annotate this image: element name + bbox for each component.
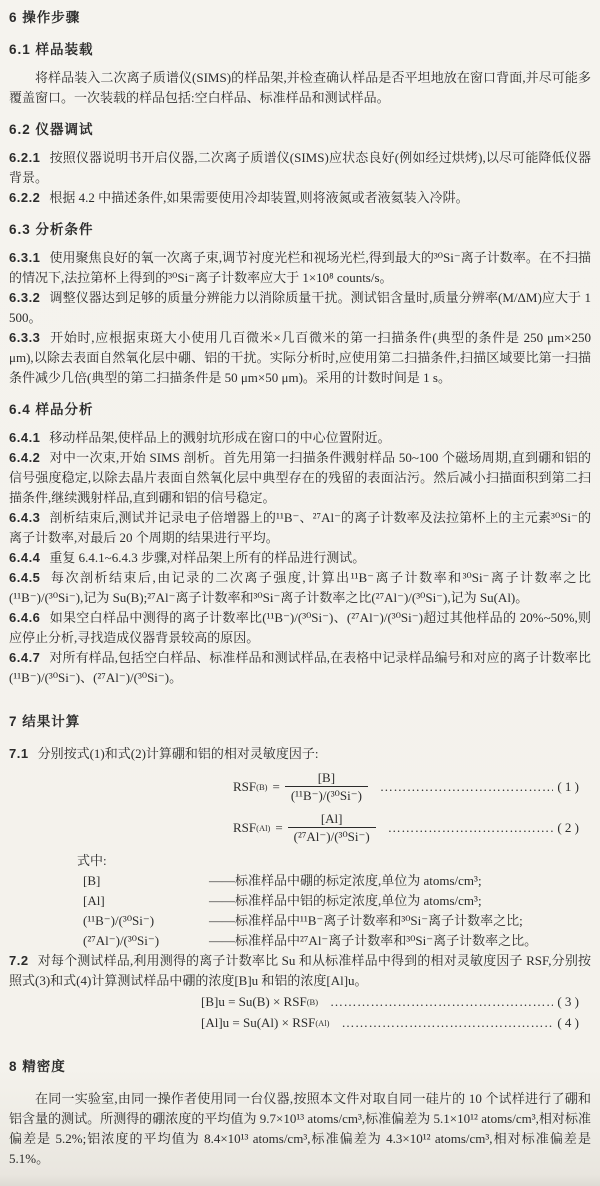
clause-6-3-3: 6.3.3开始时,应根据束斑大小使用几百微米×几百微米的第一扫描条件(典型的条件… (9, 328, 591, 388)
clause-6-4-6-text: 如果空白样品中测得的离子计数率比(¹¹B⁻)/(³⁰Si⁻)、(²⁷Al⁻)/(… (9, 610, 591, 645)
clause-6-2-1-number: 6.2.1 (9, 150, 40, 165)
fraction: [B] (¹¹B⁻)/(³⁰Si⁻) (285, 769, 368, 805)
clause-6-4-6: 6.4.6如果空白样品中测得的离子计数率比(¹¹B⁻)/(³⁰Si⁻)、(²⁷A… (9, 608, 591, 648)
clause-6-4-5: 6.4.5每次剖析结束后,由记录的二次离子强度,计算出¹¹B⁻离子计数率和³⁰S… (9, 568, 591, 608)
clause-6-2-1-text: 按照仪器说明书开启仪器,二次离子质谱仪(SIMS)应状态良好(例如经过烘烤),以… (9, 150, 591, 185)
equation-4-subscript: (Al) (315, 1013, 329, 1033)
definition-term: (¹¹B⁻)/(³⁰Si⁻) (83, 911, 209, 931)
where-label: 式中: (77, 851, 591, 871)
clause-7-1-number: 7.1 (9, 746, 29, 761)
clause-6-4-3-number: 6.4.3 (9, 510, 40, 525)
equation-2-lhs-subscript: (Al) (256, 818, 270, 838)
section-6-2-heading: 6.2 仪器调试 (9, 120, 591, 140)
clause-6-4-1-number: 6.4.1 (9, 430, 40, 445)
definition-term: [B] (83, 871, 209, 891)
equation-2-number: ( 2 ) (557, 818, 579, 838)
equation-1: RSF(B) = [B] (¹¹B⁻)/(³⁰Si⁻) ………………………………… (9, 769, 591, 805)
clause-6-4-4: 6.4.4重复 6.4.1~6.4.3 步骤,对样品架上所有的样品进行测试。 (9, 548, 591, 568)
section-7-heading: 7 结果计算 (9, 712, 591, 732)
clause-6-4-3: 6.4.3剖析结束后,测试并记录电子倍增器上的¹¹B⁻、²⁷Al⁻的离子计数率及… (9, 508, 591, 548)
clause-7-1-text: 分别按式(1)和式(2)计算硼和铝的相对灵敏度因子: (38, 746, 319, 761)
fraction-numerator: [B] (285, 769, 368, 786)
clause-6-4-7-number: 6.4.7 (9, 650, 40, 665)
clause-6-4-1-text: 移动样品架,使样品上的溅射坑形成在窗口的中心位置附近。 (49, 430, 390, 445)
equation-2-lhs: RSF (233, 818, 256, 838)
equation-4-expression: [Al]u = Su(Al) × RSF(Al) (201, 1013, 330, 1033)
equation-4-number: ( 4 ) (557, 1013, 579, 1033)
clause-6-2-1: 6.2.1按照仪器说明书开启仪器,二次离子质谱仪(SIMS)应状态良好(例如经过… (9, 148, 591, 188)
fraction-denominator: (¹¹B⁻)/(³⁰Si⁻) (285, 786, 368, 805)
section-6-1-heading: 6.1 样品装载 (9, 40, 591, 60)
clause-6-2-2: 6.2.2根据 4.2 中描述条件,如果需要使用冷却装置,则将液氮或者液氦装入冷… (9, 188, 591, 208)
clause-6-4-7-text: 对所有样品,包括空白样品、标准样品和测试样品,在表格中记录样品编号和对应的离子计… (9, 650, 591, 685)
dotted-leader: …………………………………………………………………… (380, 777, 553, 797)
definition-row: (¹¹B⁻)/(³⁰Si⁻) ——标准样品中¹¹B⁻离子计数率和³⁰Si⁻离子计… (83, 911, 591, 931)
definition-row: [Al] ——标准样品中铝的标定浓度,单位为 atoms/cm³; (83, 891, 591, 911)
definition-text: ——标准样品中¹¹B⁻离子计数率和³⁰Si⁻离子计数率之比; (209, 911, 591, 931)
clause-6-4-2-text: 对中一次束,开始 SIMS 剖析。首先用第一扫描条件溅射样品 50~100 个磁… (9, 450, 591, 505)
clause-6-3-3-number: 6.3.3 (9, 330, 40, 345)
section-8-heading: 8 精密度 (9, 1057, 591, 1077)
clause-6-4-3-text: 剖析结束后,测试并记录电子倍增器上的¹¹B⁻、²⁷Al⁻的离子计数率及法拉第杯上… (9, 510, 591, 545)
fraction: [Al] (²⁷Al⁻)/(³⁰Si⁻) (288, 810, 376, 846)
dotted-leader: …………………………………………………………………… (342, 1013, 554, 1033)
clause-6-3-2: 6.3.2调整仪器达到足够的质量分辨能力以消除质量干扰。测试铝含量时,质量分辨率… (9, 288, 591, 328)
clause-6-4-2: 6.4.2对中一次束,开始 SIMS 剖析。首先用第一扫描条件溅射样品 50~1… (9, 448, 591, 508)
equation-4-text: [Al]u = Su(Al) × RSF (201, 1013, 315, 1033)
definition-term: (²⁷Al⁻)/(³⁰Si⁻) (83, 931, 209, 951)
clause-6-3-2-number: 6.3.2 (9, 290, 40, 305)
clause-6-3-3-text: 开始时,应根据束斑大小使用几百微米×几百微米的第一扫描条件(典型的条件是 250… (9, 330, 591, 385)
paragraph-sample-loading: 将样品装入二次离子质谱仪(SIMS)的样品架,并检查确认样品是否平坦地放在窗口背… (9, 68, 591, 108)
definition-text: ——标准样品中²⁷Al⁻离子计数率和³⁰Si⁻离子计数率之比。 (209, 931, 591, 951)
section-6-heading: 6 操作步骤 (9, 8, 591, 28)
clause-6-2-2-number: 6.2.2 (9, 190, 40, 205)
fraction-denominator: (²⁷Al⁻)/(³⁰Si⁻) (288, 827, 376, 846)
clause-6-3-1-number: 6.3.1 (9, 250, 40, 265)
clause-6-4-2-number: 6.4.2 (9, 450, 40, 465)
dotted-leader: …………………………………………………………………… (388, 818, 554, 838)
document-page: 6 操作步骤 6.1 样品装载 将样品装入二次离子质谱仪(SIMS)的样品架,并… (0, 0, 600, 1169)
clause-6-3-1: 6.3.1使用聚焦良好的氧一次离子束,调节衬度光栏和视场光栏,得到最大的³⁰Si… (9, 248, 591, 288)
clause-6-4-4-text: 重复 6.4.1~6.4.3 步骤,对样品架上所有的样品进行测试。 (49, 550, 365, 565)
clause-6-4-4-number: 6.4.4 (9, 550, 40, 565)
equation-1-expression: RSF(B) = [B] (¹¹B⁻)/(³⁰Si⁻) (233, 769, 368, 805)
clause-7-2-text: 对每个测试样品,利用测得的离子计数率比 Su 和从标准样品中得到的相对灵敏度因子… (9, 953, 591, 988)
clause-7-1: 7.1分别按式(1)和式(2)计算硼和铝的相对灵敏度因子: (9, 744, 591, 764)
clause-6-3-2-text: 调整仪器达到足够的质量分辨能力以消除质量干扰。测试铝含量时,质量分辨率(M/ΔM… (9, 290, 591, 325)
fraction-numerator: [Al] (288, 810, 376, 827)
precision-paragraph: 在同一实验室,由同一操作者使用同一台仪器,按照本文件对取自同一硅片的 10 个试… (9, 1089, 591, 1169)
clause-6-2-2-text: 根据 4.2 中描述条件,如果需要使用冷却装置,则将液氮或者液氦装入冷阱。 (49, 190, 468, 205)
equation-1-lhs: RSF (233, 777, 256, 797)
equation-4: [Al]u = Su(Al) × RSF(Al) ………………………………………… (9, 1013, 591, 1033)
definition-text: ——标准样品中硼的标定浓度,单位为 atoms/cm³; (209, 871, 591, 891)
dotted-leader: …………………………………………………………………… (330, 992, 553, 1012)
clause-6-4-5-number: 6.4.5 (9, 570, 40, 585)
clause-6-4-6-number: 6.4.6 (9, 610, 40, 625)
equation-3-number: ( 3 ) (557, 992, 579, 1012)
definition-text: ——标准样品中铝的标定浓度,单位为 atoms/cm³; (209, 891, 591, 911)
equals-sign: = (275, 818, 282, 838)
clause-7-2: 7.2对每个测试样品,利用测得的离子计数率比 Su 和从标准样品中得到的相对灵敏… (9, 951, 591, 991)
clause-6-4-7: 6.4.7对所有样品,包括空白样品、标准样品和测试样品,在表格中记录样品编号和对… (9, 648, 591, 688)
equation-3-subscript: (B) (307, 992, 318, 1012)
equals-sign: = (272, 777, 279, 797)
section-6-3-heading: 6.3 分析条件 (9, 220, 591, 240)
clause-6-3-1-text: 使用聚焦良好的氧一次离子束,调节衬度光栏和视场光栏,得到最大的³⁰Si⁻离子计数… (9, 250, 591, 285)
definition-row: [B] ——标准样品中硼的标定浓度,单位为 atoms/cm³; (83, 871, 591, 891)
equation-3-expression: [B]u = Su(B) × RSF(B) (201, 992, 318, 1012)
clause-7-2-number: 7.2 (9, 953, 29, 968)
equation-1-lhs-subscript: (B) (256, 777, 267, 797)
section-6-4-heading: 6.4 样品分析 (9, 400, 591, 420)
equation-3: [B]u = Su(B) × RSF(B) ………………………………………………… (9, 992, 591, 1012)
equation-1-number: ( 1 ) (557, 777, 579, 797)
clause-6-4-5-text: 每次剖析结束后,由记录的二次离子强度,计算出¹¹B⁻离子计数率和³⁰Si⁻离子计… (9, 570, 591, 605)
equation-3-text: [B]u = Su(B) × RSF (201, 992, 307, 1012)
definition-term: [Al] (83, 891, 209, 911)
clause-6-4-1: 6.4.1移动样品架,使样品上的溅射坑形成在窗口的中心位置附近。 (9, 428, 591, 448)
equation-2: RSF(Al) = [Al] (²⁷Al⁻)/(³⁰Si⁻) ………………………… (9, 810, 591, 846)
definition-row: (²⁷Al⁻)/(³⁰Si⁻) ——标准样品中²⁷Al⁻离子计数率和³⁰Si⁻离… (83, 931, 591, 951)
equation-2-expression: RSF(Al) = [Al] (²⁷Al⁻)/(³⁰Si⁻) (233, 810, 376, 846)
